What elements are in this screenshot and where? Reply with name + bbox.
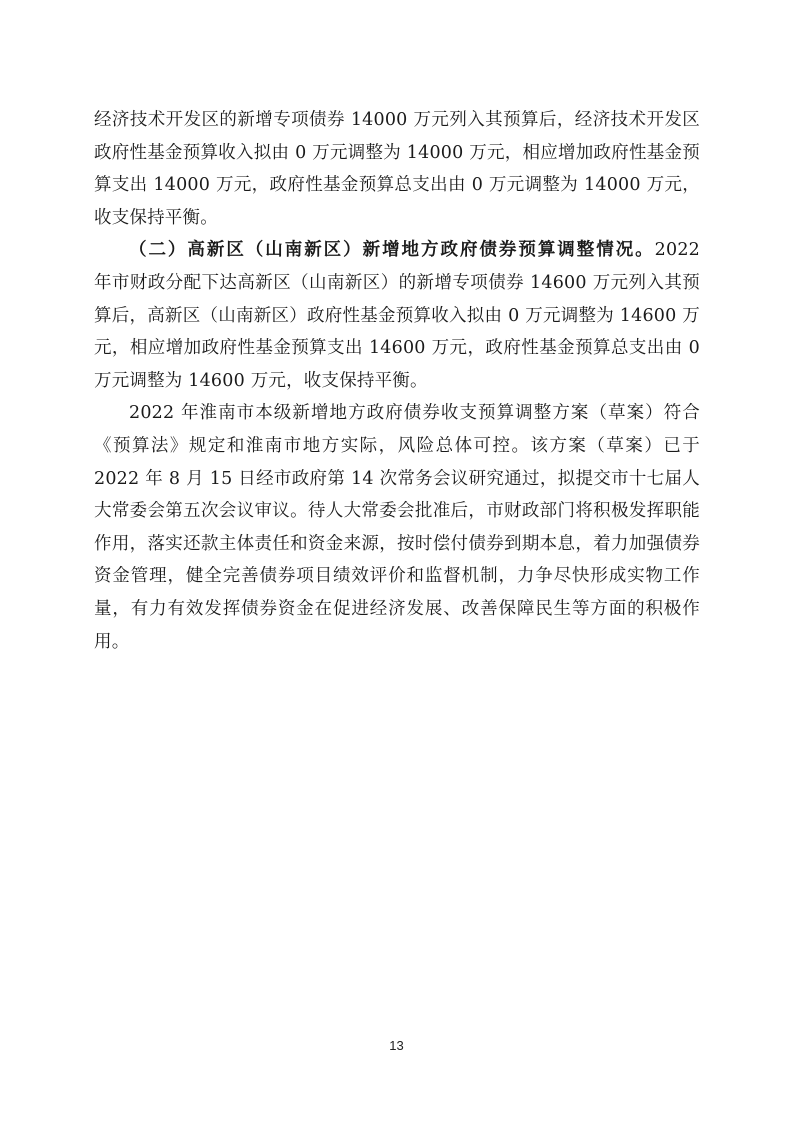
paragraph-summary: 2022 年淮南市本级新增地方政府债券收支预算调整方案（草案）符合《预算法》规定… xyxy=(94,397,700,658)
paragraph-text: 经济技术开发区的新增专项债券 14000 万元列入其预算后，经济技术开发区政府性… xyxy=(94,110,700,228)
section-heading-high-tech-zone: （二）高新区（山南新区）新增地方政府债券预算调整情况。 xyxy=(129,240,655,260)
paragraph-high-tech-zone: （二）高新区（山南新区）新增地方政府债券预算调整情况。2022 年市财政分配下达… xyxy=(94,234,700,397)
document-page: 经济技术开发区的新增专项债券 14000 万元列入其预算后，经济技术开发区政府性… xyxy=(0,0,793,1122)
document-body: 经济技术开发区的新增专项债券 14000 万元列入其预算后，经济技术开发区政府性… xyxy=(94,104,700,658)
paragraph-text: 2022 年市财政分配下达高新区（山南新区）的新增专项债券 14600 万元列入… xyxy=(94,240,700,390)
page-number: 13 xyxy=(0,1038,793,1053)
paragraph-text: 2022 年淮南市本级新增地方政府债券收支预算调整方案（草案）符合《预算法》规定… xyxy=(94,403,700,651)
paragraph-econ-dev-zone: 经济技术开发区的新增专项债券 14000 万元列入其预算后，经济技术开发区政府性… xyxy=(94,104,700,234)
